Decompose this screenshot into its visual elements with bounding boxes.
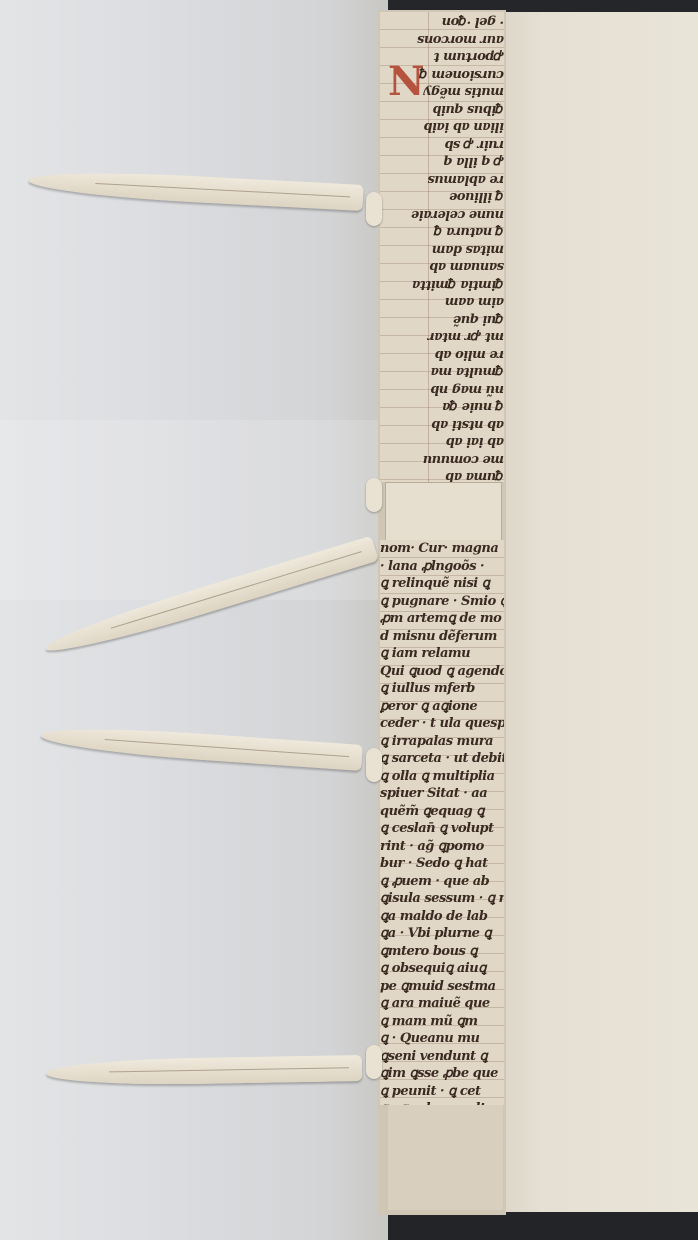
script-line: ꝗim ꝗsse ꝓbe que (380, 1065, 504, 1083)
script-line: ꝗisula sessum · ꝗ ma (380, 890, 504, 908)
script-line: spiuer Sitat · aa (380, 785, 504, 803)
script-line: ꝗ ceslan̄ ꝗ volupt (380, 820, 504, 838)
script-line: rint · ag̃ ꝗpomo (380, 838, 504, 856)
script-line: ꝗ · Queanu mu (380, 1030, 504, 1048)
script-line: ruir ꝓ sb (380, 135, 504, 153)
spine-fragment-lower: nom· Cur· magna· lana ꝓlngoõs ·ꝗ relinqu… (380, 540, 504, 1105)
script-line: ꝗa maldo de lab (380, 908, 504, 926)
script-line: · lana ꝓlngoõs · (380, 558, 504, 576)
script-line: re mlio ab (380, 345, 504, 363)
script-line: ꝗ ara maiuẽ que (380, 995, 504, 1013)
script-line: ꝑeror ꝗ aꝗione (380, 698, 504, 716)
script-line: Qui ꝗuod ꝗ agendo (380, 663, 504, 681)
script-line: ꝗ olla ꝗ multiplia (380, 768, 504, 786)
script-line: ꝗ iullus mferb (380, 680, 504, 698)
script-line: ab iai ab (380, 432, 504, 450)
tacket-knot-2 (366, 478, 382, 512)
script-line: ꝗ nuie ꝗa (380, 397, 504, 415)
script-line: mitas dam (380, 240, 504, 258)
script-line: mt ꝓr mtar (380, 327, 504, 345)
script-line: ꝗ relinquẽ nisi ꝗ (380, 575, 504, 593)
script-line: ꝗimtia ꝗmitta (380, 275, 504, 293)
script-line: ꝗa · Vbi plurne ꝗ (380, 925, 504, 943)
script-line: aur morcons (380, 30, 504, 48)
script-line: ꝗ natura ꝗ (380, 222, 504, 240)
script-line: bur · Sedo ꝗ hat (380, 855, 504, 873)
script-line: d misnu dẽferum (380, 628, 504, 646)
script-line: ꝗuma ab (380, 467, 504, 482)
tacket-knot-4 (366, 1045, 382, 1079)
script-line: ꝗ iam relamu (380, 645, 504, 663)
script-line: ꝗ illiuoe (380, 187, 504, 205)
blank-parchment-strip (385, 482, 502, 542)
script-line: ab ntsti ab (380, 415, 504, 433)
script-line: ꝗ mam mũ ꝗm (380, 1013, 504, 1031)
script-line: nune celeraie (380, 205, 504, 223)
script-line: ꝗ sarceta · ut debit (380, 750, 504, 768)
script-line: ꝗ peunit · ꝗ cet (380, 1083, 504, 1101)
script-line: quẽm̃ ꝗequag ꝗ (380, 803, 504, 821)
rubricated-initial: N (388, 62, 425, 102)
script-line: sanuam ab (380, 257, 504, 275)
script-line: · gel ·ꝗon (380, 12, 504, 30)
script-line: ꝗseni vendunt ꝗ (380, 1048, 504, 1066)
script-line: ꝗ irrapalas mura (380, 733, 504, 751)
tacket-knot-1 (366, 192, 382, 226)
script-line: aim aam (380, 292, 504, 310)
script-line: re ablamus (380, 170, 504, 188)
blank-flyleaf-page (505, 12, 698, 1212)
script-line: ꝗui quẽ (380, 310, 504, 328)
script-line: me comuuu (380, 450, 504, 468)
script-line: nũ mag nb (380, 380, 504, 398)
script-line: ilian ab iaib (380, 117, 504, 135)
script-line: ꝗ pugnare · Smio ꝗ (380, 593, 504, 611)
script-line: nom· Cur· magna (380, 540, 504, 558)
script-line: ꝗ ꝓuem · que ab (380, 873, 504, 891)
script-line: ꝗ obsequiꝗ aiuꝗ (380, 960, 504, 978)
script-line: ceder · t ula quesp (380, 715, 504, 733)
tacket-knot-3 (366, 748, 382, 782)
script-line: ꝓm artemꝗ de mo (380, 610, 504, 628)
dark-background-bottom (380, 1212, 698, 1240)
script-line: pe ꝗmuid sestma (380, 978, 504, 996)
script-line: ꝗmulta ma (380, 362, 504, 380)
script-line: ꝓ q illa q (380, 152, 504, 170)
spine-blank-lower (388, 1105, 503, 1210)
script-line: ꝗmtero bous ꝗ (380, 943, 504, 961)
